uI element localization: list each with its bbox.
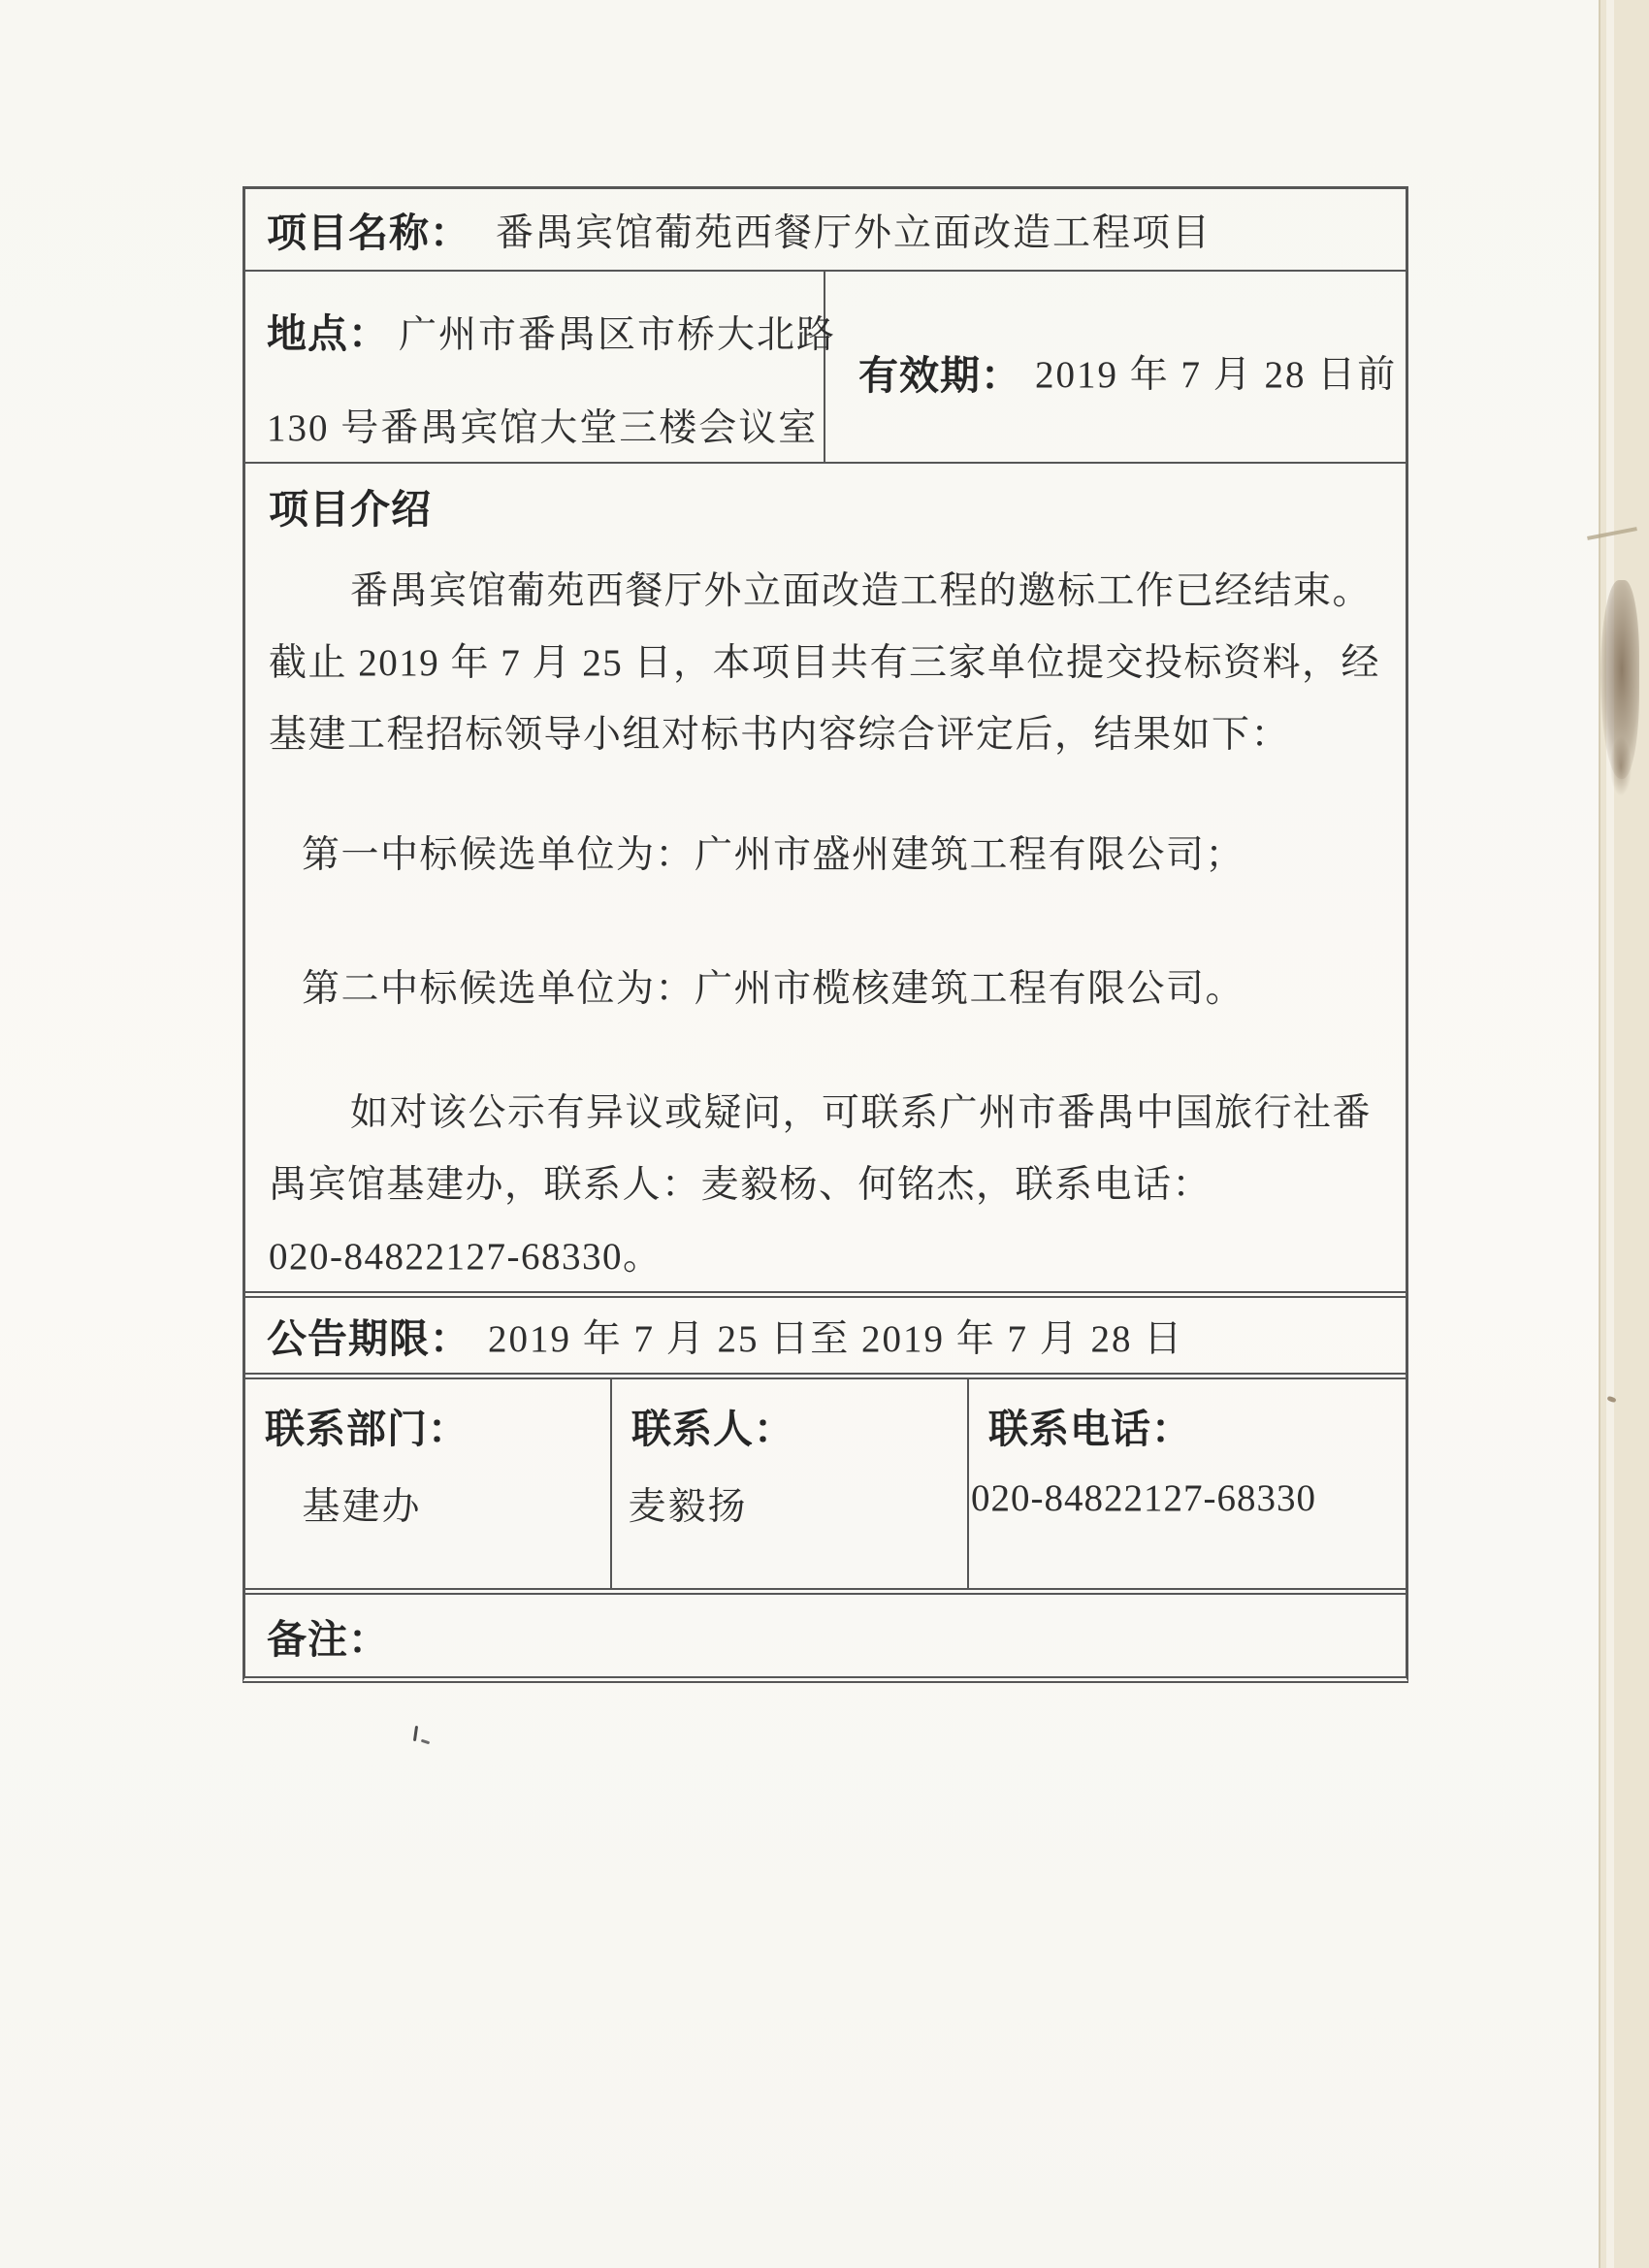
intro-paragraph-2-line: 020-84822127-68330。 [269, 1221, 1380, 1293]
remark-row: 备注： [245, 1595, 1406, 1676]
contact-person-value: 麦毅扬 [612, 1476, 967, 1531]
notice-period-label: 公告期限： [267, 1307, 470, 1364]
second-candidate-line: 第二中标候选单位为：广州市榄核建筑工程有限公司。 [269, 954, 1380, 1025]
contact-phone-header: 联系电话： [988, 1397, 1406, 1454]
validity-cell: 有效期： 2019 年 7 月 28 日前 [825, 272, 1406, 462]
page-edge-shadow [1599, 0, 1649, 2268]
location-cell: 地点：广州市番禺区市桥大北路 130 号番禺宾馆大堂三楼会议室 [245, 272, 825, 462]
location-line-2: 130 号番禺宾馆大堂三楼会议室 [267, 382, 820, 475]
project-name-value: 番禺宾馆葡苑西餐厅外立面改造工程项目 [496, 203, 1212, 257]
contact-phone-value: 020-84822127-68330 [969, 1476, 1406, 1520]
intro-paragraph-1-line: 基建工程招标领导小组对标书内容综合评定后，结果如下： [269, 699, 1380, 771]
first-candidate-line: 第一中标候选单位为：广州市盛州建筑工程有限公司； [269, 820, 1380, 891]
location-value-line1: 广州市番禺区市桥大北路 [399, 314, 836, 356]
project-name-label: 项目名称： [267, 201, 470, 258]
contact-phone-cell: 联系电话： 020-84822127-68330 [969, 1379, 1406, 1588]
scan-smudge-tail [1610, 737, 1632, 795]
validity-value: 2019 年 7 月 28 日前 [1035, 344, 1397, 399]
contact-person-header: 联系人： [631, 1397, 967, 1454]
notice-period-row: 公告期限： 2019 年 7 月 25 日至 2019 年 7 月 28 日 [245, 1298, 1406, 1379]
intro-paragraph-2: 如对该公示有异议或疑问，可联系广州市番禺中国旅行社番 禺宾馆基建办，联系人：麦毅… [269, 1078, 1380, 1293]
second-candidate-text: 第二中标候选单位为：广州市榄核建筑工程有限公司。 [302, 968, 1245, 1010]
pen-mark-stroke [421, 1739, 430, 1745]
intro-paragraph-1-line: 番禺宾馆葡苑西餐厅外立面改造工程的邀标工作已经结束。 [269, 556, 1380, 628]
intro-paragraph-2-line: 禺宾馆基建办，联系人：麦毅杨、何铭杰，联系电话： [269, 1150, 1380, 1221]
location-value-line2: 130 号番禺宾馆大堂三楼会议室 [267, 407, 818, 449]
announcement-table: 项目名称： 番禺宾馆葡苑西餐厅外立面改造工程项目 地点：广州市番禺区市桥大北路 … [242, 186, 1408, 1683]
contacts-row: 联系部门： 基建办 联系人： 麦毅扬 联系电话： 020-84822127-68… [245, 1379, 1406, 1595]
scanned-document-page: 项目名称： 番禺宾馆葡苑西餐厅外立面改造工程项目 地点：广州市番禺区市桥大北路 … [0, 0, 1649, 2268]
intro-heading: 项目介绍 [269, 477, 1380, 535]
page-edge-highlight [1606, 0, 1614, 2268]
pen-mark-artifact [408, 1726, 432, 1751]
intro-paragraph-1-line: 截止 2019 年 7 月 25 日，本项目共有三家单位提交投标资料，经 [269, 628, 1380, 699]
intro-paragraph-2-line: 如对该公示有异议或疑问，可联系广州市番禺中国旅行社番 [269, 1078, 1380, 1150]
intro-paragraph-1: 番禺宾馆葡苑西餐厅外立面改造工程的邀标工作已经结束。 截止 2019 年 7 月… [269, 556, 1380, 771]
first-candidate-text: 第一中标候选单位为：广州市盛州建筑工程有限公司； [302, 834, 1245, 876]
location-label: 地点： [267, 311, 389, 356]
project-intro-cell: 项目介绍 番禺宾馆葡苑西餐厅外立面改造工程的邀标工作已经结束。 截止 2019 … [245, 464, 1406, 1298]
notice-period-value: 2019 年 7 月 25 日至 2019 年 7 月 28 日 [488, 1309, 1183, 1363]
remark-label: 备注： [267, 1607, 389, 1665]
project-name-row: 项目名称： 番禺宾馆葡苑西餐厅外立面改造工程项目 [245, 189, 1406, 272]
location-line-1: 地点：广州市番禺区市桥大北路 [267, 287, 820, 382]
contact-dept-value: 基建办 [245, 1476, 610, 1531]
contact-dept-header: 联系部门： [265, 1397, 610, 1454]
validity-label: 有效期： [858, 343, 1021, 401]
location-validity-row: 地点：广州市番禺区市桥大北路 130 号番禺宾馆大堂三楼会议室 有效期： 201… [245, 272, 1406, 464]
pen-mark-stroke [413, 1726, 418, 1741]
contact-dept-cell: 联系部门： 基建办 [245, 1379, 612, 1588]
contact-person-cell: 联系人： 麦毅扬 [612, 1379, 969, 1588]
